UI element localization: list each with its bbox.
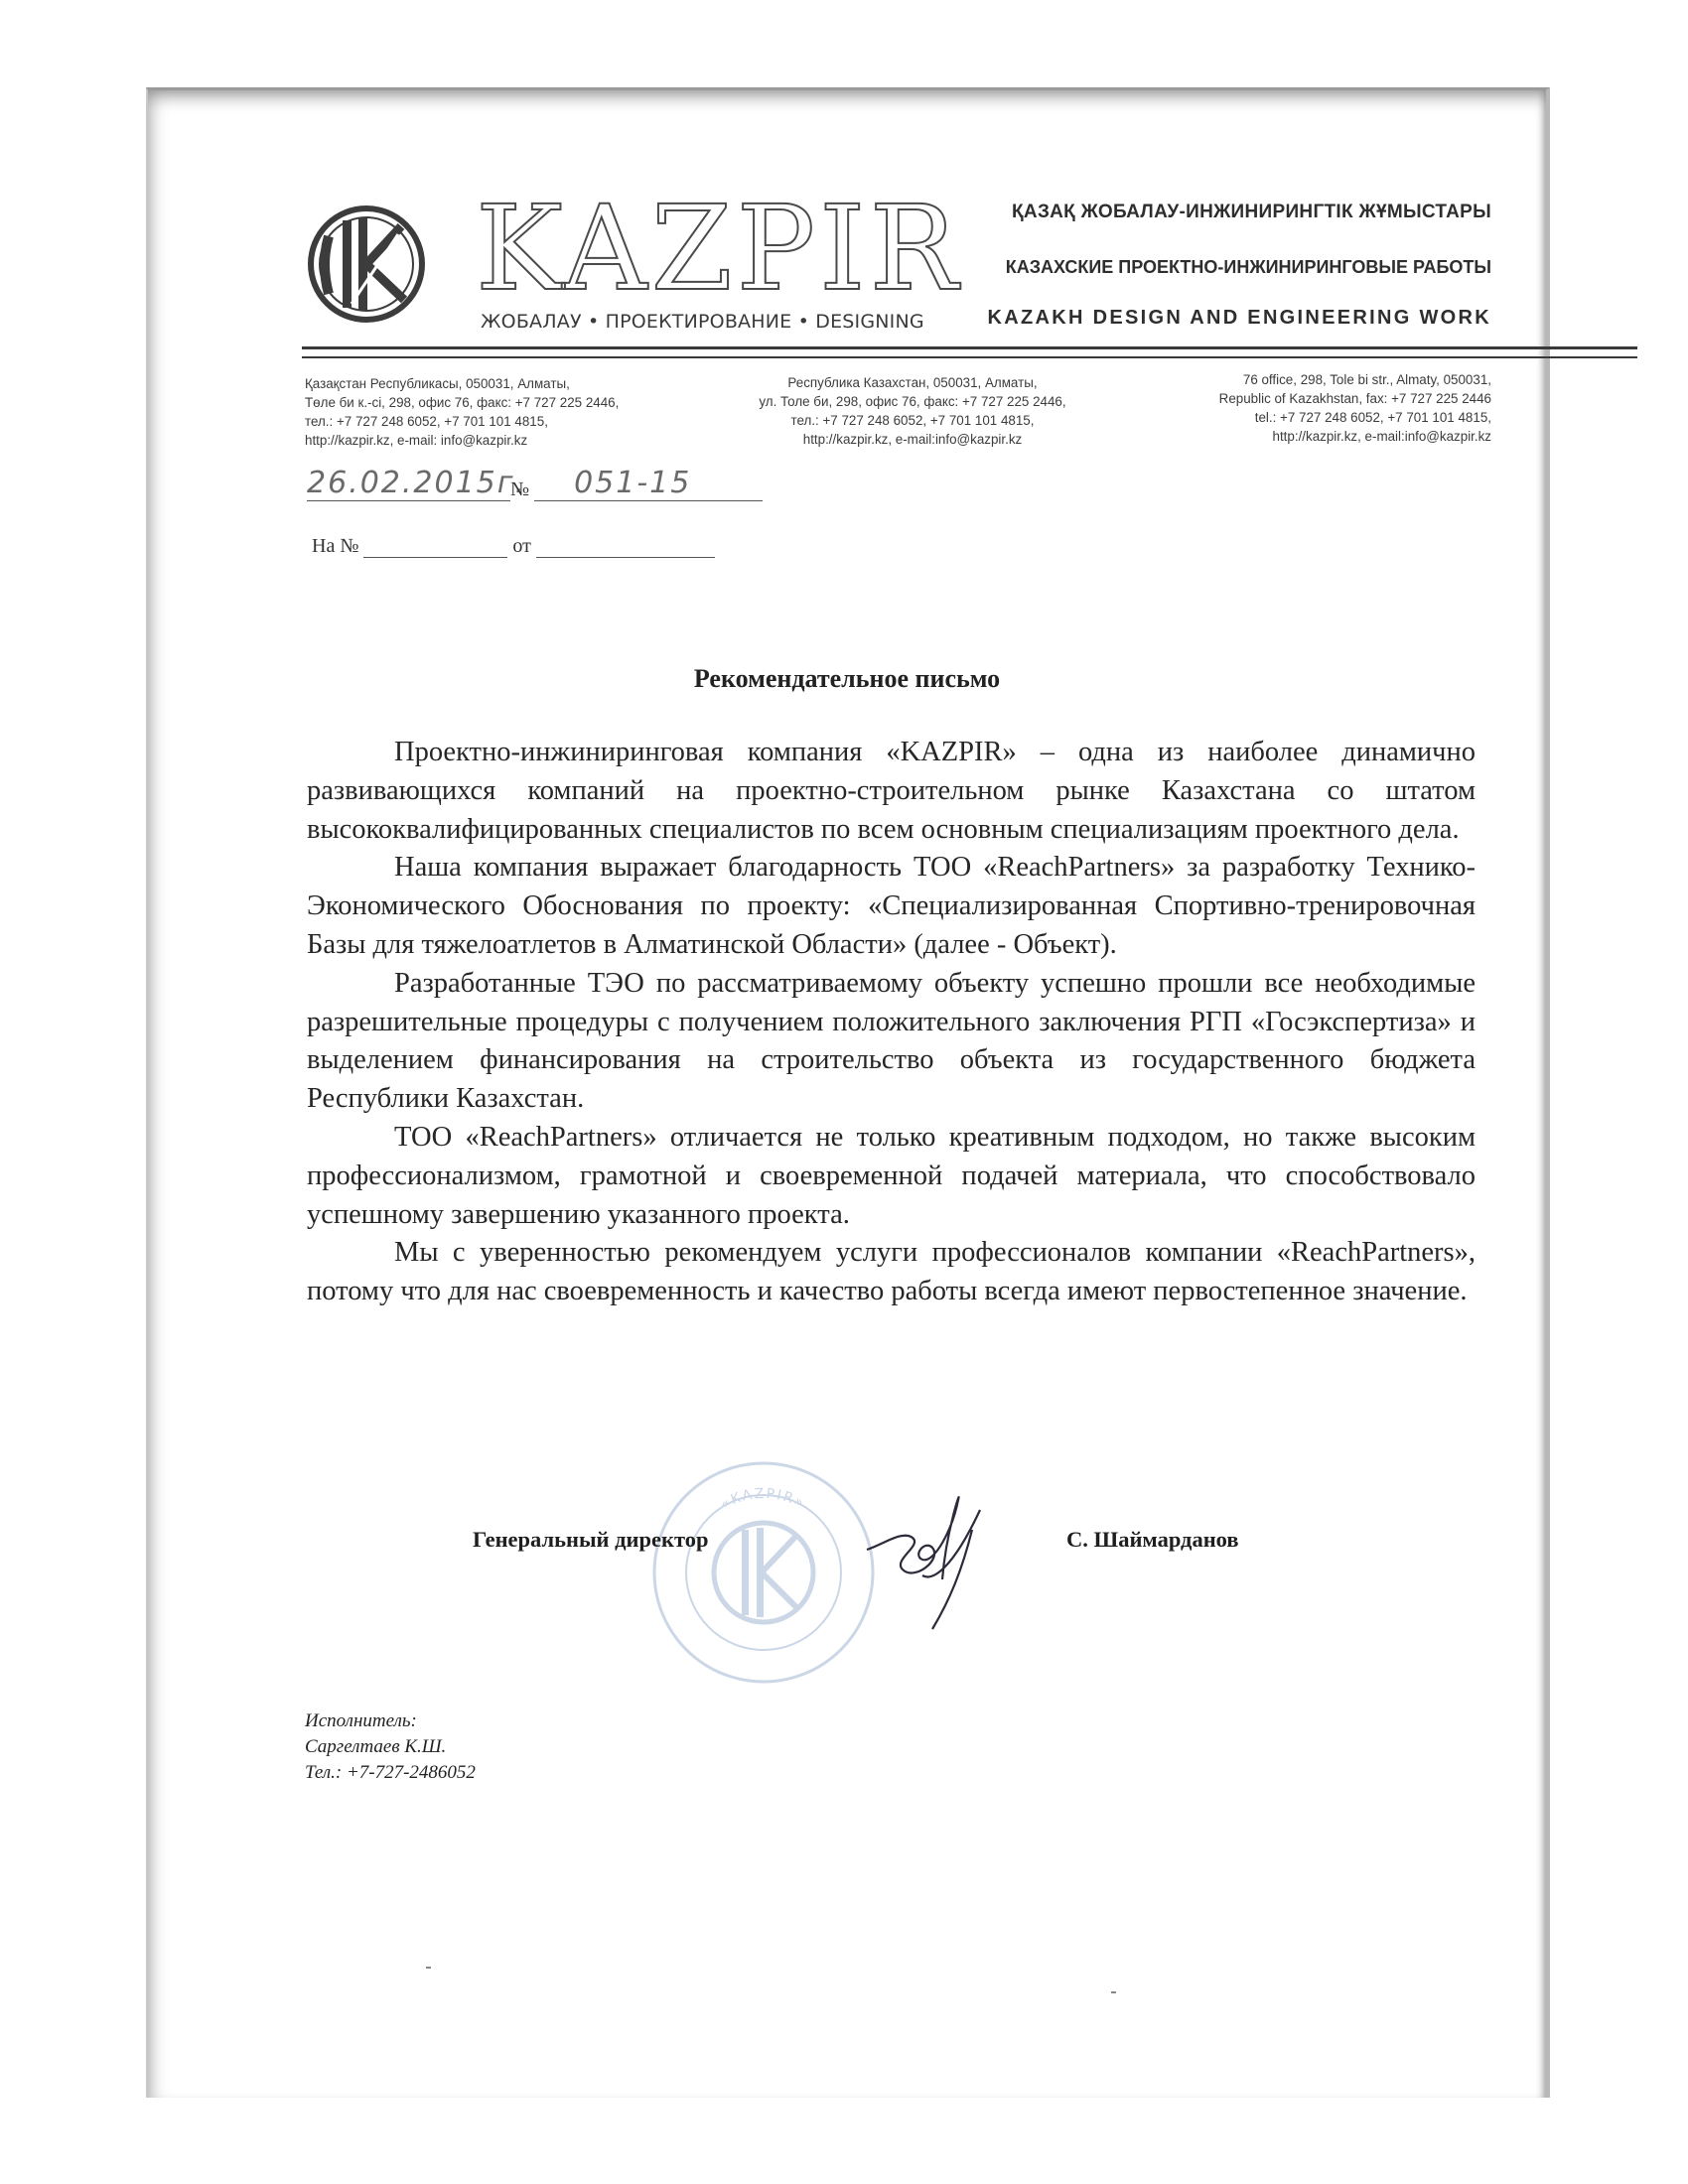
reply-date-field: [536, 539, 715, 558]
address-ru: Республика Казахстан, 050031, Алматы, ул…: [714, 373, 1111, 449]
company-stamp-icon: «KAZPIR»: [649, 1458, 878, 1692]
executor-label: Исполнитель:: [305, 1708, 476, 1734]
header-rule-top: [302, 346, 1637, 349]
reply-to-label: На №: [312, 535, 358, 557]
paragraph: ТОО «ReachPartners» отличается не только…: [307, 1119, 1476, 1234]
address-kz: Қазақстан Республикасы, 050031, Алматы, …: [305, 374, 619, 450]
incoming-reference: На № от: [312, 535, 715, 558]
signatory-name: С. Шаймарданов: [1066, 1527, 1239, 1553]
date-handwritten: 26.02.2015г.: [307, 466, 510, 501]
tagline-en: KAZAKH DESIGN AND ENGINEERING WORK: [988, 307, 1491, 330]
paragraph: Проектно-инжиниринговая компания «KAZPIR…: [307, 734, 1476, 849]
scan-speck: [426, 1967, 431, 1969]
letter-title: Рекомендательное письмо: [148, 664, 1546, 694]
outgoing-reference: 26.02.2015г.№ 051-15: [307, 466, 763, 501]
handwritten-signature-icon: [863, 1490, 992, 1644]
executor-block: Исполнитель: Саргелтаев К.Ш. Тел.: +7-72…: [305, 1708, 476, 1786]
scan-speck: [1111, 1991, 1116, 1993]
reply-number-field: [363, 539, 507, 558]
tagline-ru: КАЗАХСКИЕ ПРОЕКТНО-ИНЖИНИРИНГОВЫЕ РАБОТЫ: [1006, 257, 1491, 278]
paragraph: Разработанные ТЭО по рассматриваемому об…: [307, 965, 1476, 1119]
executor-name: Саргелтаев К.Ш.: [305, 1734, 476, 1760]
executor-phone: Тел.: +7-727-2486052: [305, 1760, 476, 1786]
address-en: 76 office, 298, Tole bi str., Almaty, 05…: [1219, 370, 1491, 446]
from-label: от: [512, 535, 530, 557]
number-handwritten: 051-15: [534, 466, 763, 501]
letter-page: KAZPIR ЖОБАЛАУ • ПРОЕКТИРОВАНИЕ • DESIGN…: [146, 87, 1550, 2098]
svg-text:«KAZPIR»: «KAZPIR»: [718, 1486, 807, 1513]
kazpir-logo-icon: [307, 205, 426, 329]
header-rule-bottom: [302, 356, 1637, 358]
letter-body: Проектно-инжиниринговая компания «KAZPIR…: [307, 734, 1476, 1311]
number-label: №: [510, 478, 529, 500]
paragraph: Мы с уверенностью рекомендуем услуги про…: [307, 1234, 1476, 1311]
tagline-kz: ҚАЗАҚ ЖОБАЛАУ-ИНЖИНИРИНГТІК ЖҰМЫСТАРЫ: [1012, 202, 1491, 223]
paragraph: Наша компания выражает благодарность ТОО…: [307, 849, 1476, 964]
brand-wordmark: KAZPIR: [476, 190, 961, 307]
brand-subtitle: ЖОБАЛАУ • ПРОЕКТИРОВАНИЕ • DESIGNING: [481, 311, 924, 333]
signatory-role: Генеральный директор: [473, 1527, 708, 1553]
